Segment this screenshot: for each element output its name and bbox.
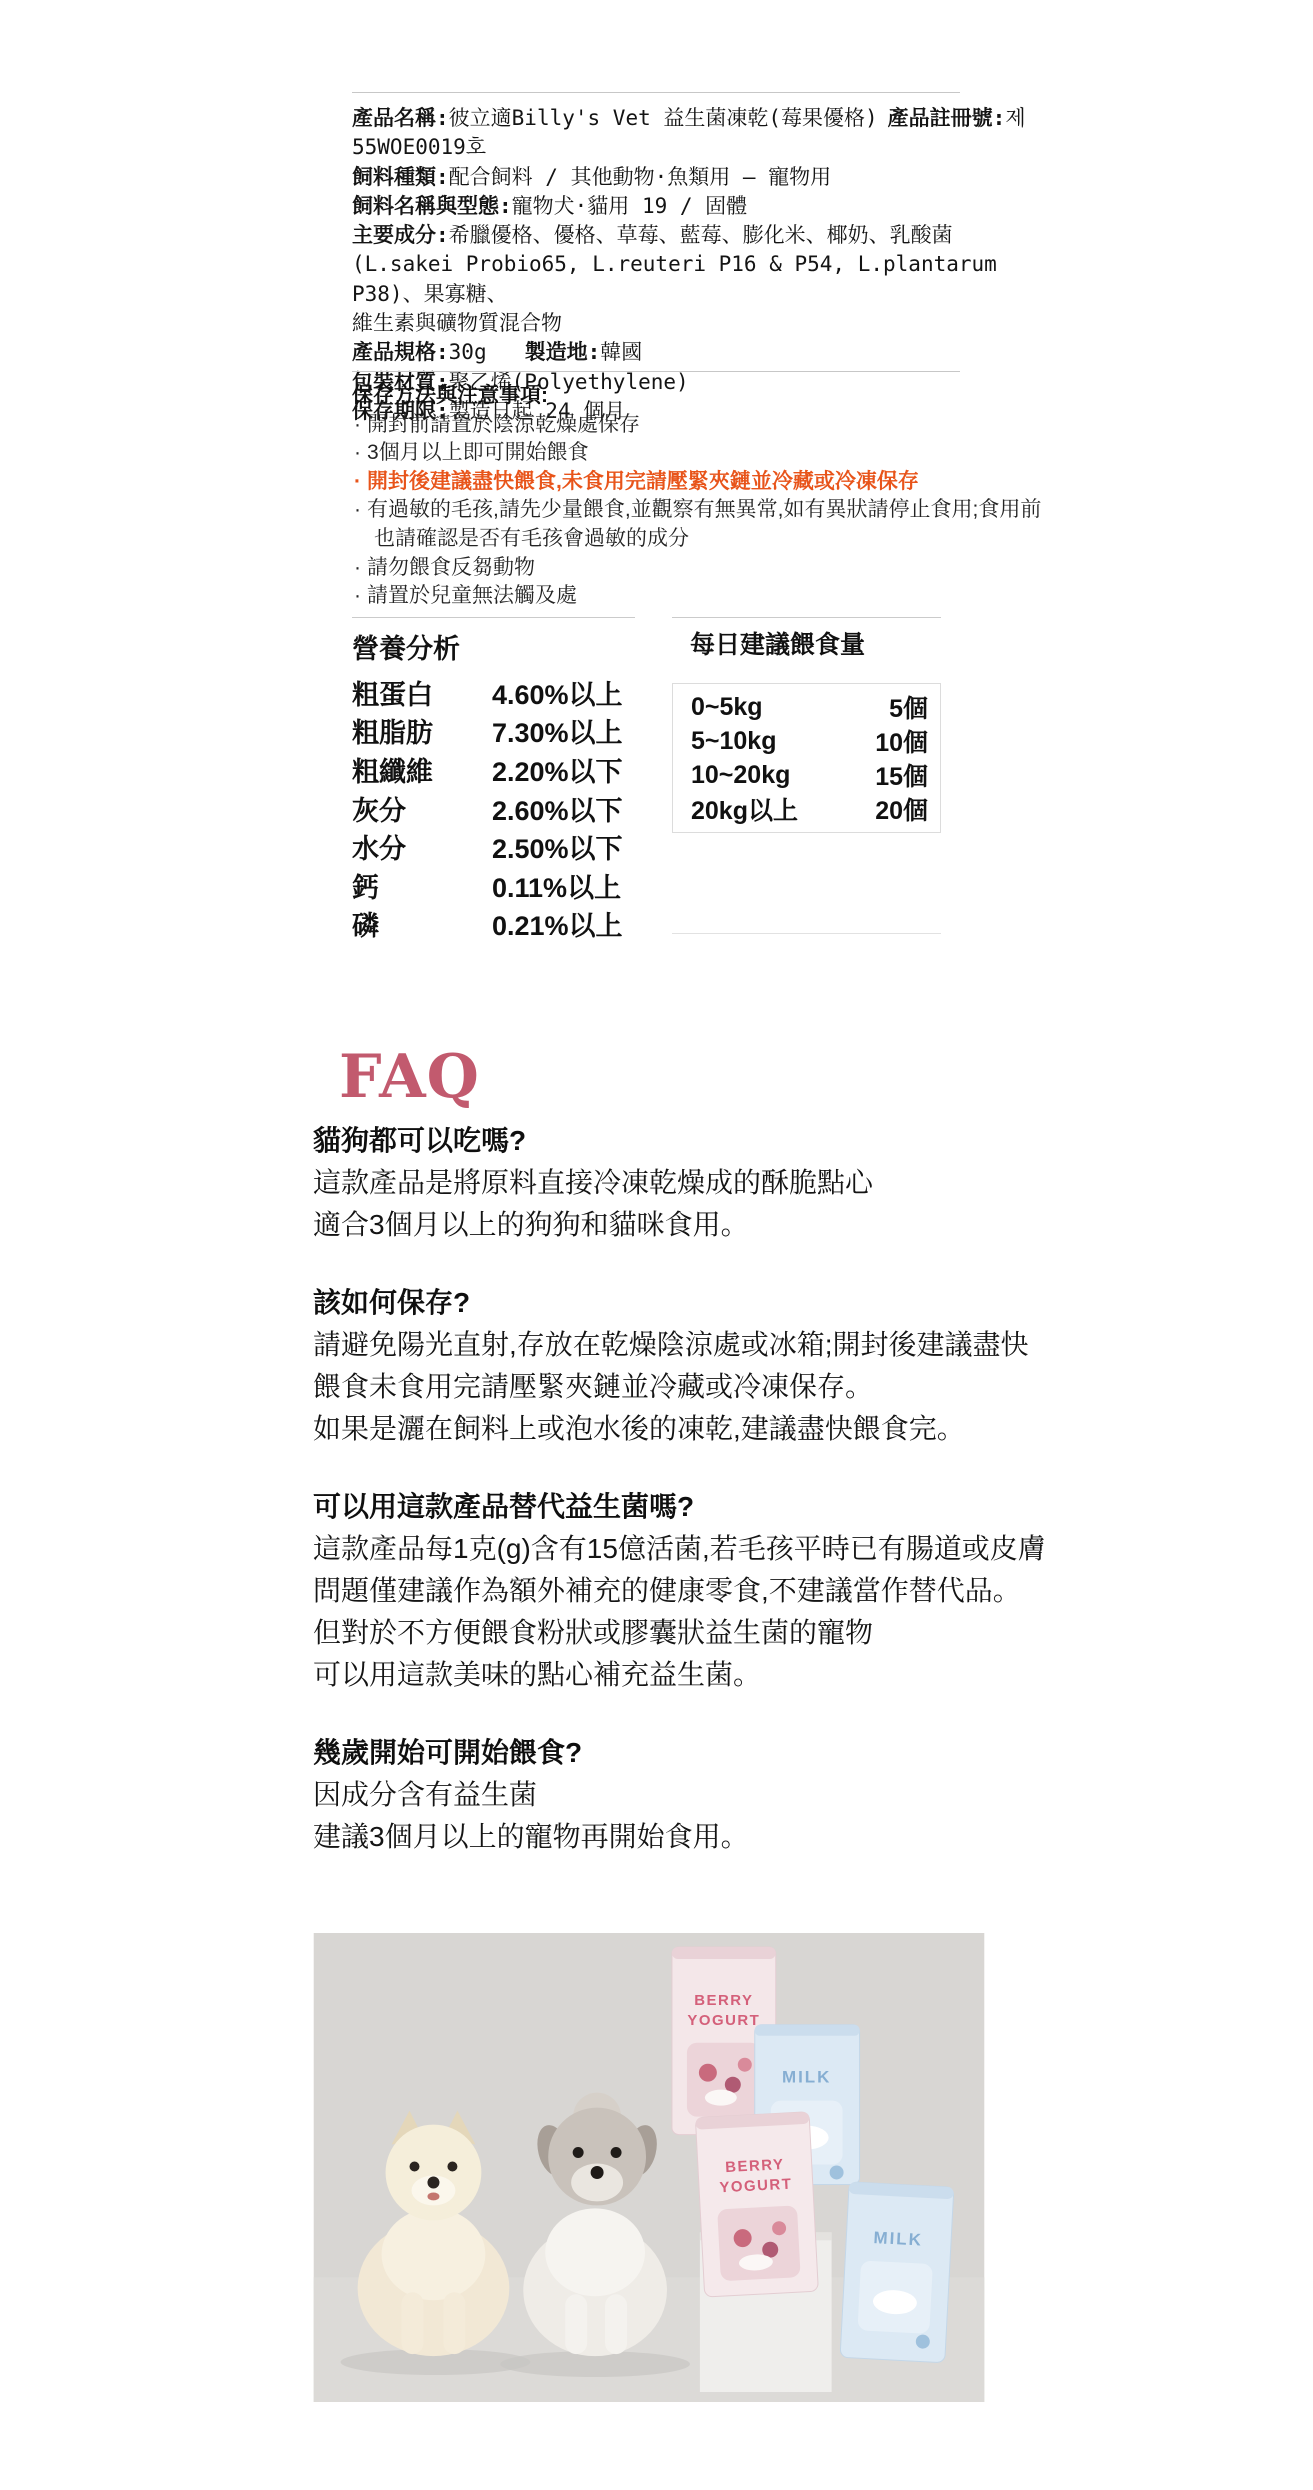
divider [352,92,960,93]
info-label: 產品名稱: [352,106,449,130]
info-row: 產品規格:30g製造地:韓國 [352,338,1042,367]
nutrition-row: 粗蛋白4.60%以上 [352,673,642,712]
nutrition-row: 磷0.21%以上 [352,905,642,944]
faq-item: 幾歲開始可開始餵食? 因成分含有益生菌 建議3個月以上的寵物再開始食用。 [313,1732,1063,1858]
info-row: 維生素與礦物質混合物 [352,309,1042,338]
storage-item: 3個月以上即可開始餵食 [352,439,1042,468]
nutrition-section: 營養分析 粗蛋白4.60%以上 粗脂肪7.30%以上 粗纖維2.20%以下 灰分… [352,627,642,943]
nutrition-row: 鈣0.11%以上 [352,866,642,905]
nutrient-value: 2.20%以下 [492,750,623,789]
feeding-row: 10~20kg15個 [691,758,928,792]
faq-answer-line: 這款產品每1克(g)含有15億活菌,若毛孩平時已有腸道或皮膚 [313,1528,1063,1570]
storage-item: 開封前請置於陰涼乾燥處保存 [352,411,1042,440]
info-value: 韓國 [600,340,642,364]
weight-range: 10~20kg [691,761,790,790]
storage-section: 保存方法與注意事項: 開封前請置於陰涼乾燥處保存 3個月以上即可開始餵食 開封後… [352,382,1042,611]
storage-item-text: 有過敏的毛孩,請先少量餵食,並觀察有無異常,如有異狀請停止食用;食用前 [367,498,1041,521]
info-label: 飼料名稱與型態: [352,194,512,218]
product-info-section: 產品名稱:彼立適Billy's Vet 益生菌凍乾(莓果優格)產品註冊號:제55… [352,104,1042,426]
divider [672,933,941,934]
storage-item-text: 請置於兒童無法觸及處 [367,584,577,607]
info-label: 飼料種類: [352,165,449,189]
nutrient-value: 2.60%以下 [492,789,623,828]
nutrition-title: 營養分析 [352,627,642,666]
nutrient-value: 0.21%以上 [492,904,623,943]
feeding-amount: 5個 [889,689,928,725]
faq-question: 貓狗都可以吃嗎? [313,1120,1063,1162]
faq-question: 該如何保存? [313,1282,1063,1324]
info-value: 維生素與礦物質混合物 [352,311,562,335]
milk-pouch-front: MILK [840,2182,954,2363]
nutrient-value: 0.11%以上 [492,866,621,905]
faq-answer-line: 但對於不方便餵食粉狀或膠囊狀益生菌的寵物 [313,1612,1063,1654]
storage-item-text: 也請確認是否有毛孩會過敏的成分 [374,527,689,550]
faq-answer-line: 建議3個月以上的寵物再開始食用。 [313,1816,1063,1858]
feeding-amount: 15個 [875,757,928,793]
feeding-amount: 10個 [875,723,928,759]
feeding-row: 0~5kg5個 [691,690,928,724]
storage-item-text: 請勿餵食反芻動物 [367,556,535,579]
storage-warning-text: 開封後建議盡快餵食,未食用完請壓緊夾鏈並冷藏或冷凍保存 [367,470,919,493]
divider [352,371,960,372]
product-detail-page: 產品名稱:彼立適Billy's Vet 益生菌凍乾(莓果優格)產品註冊號:제55… [0,0,1313,2490]
nutrition-row: 粗脂肪7.30%以上 [352,712,642,751]
pouch-label-milk: MILK [782,2068,831,2087]
nutrient-value: 4.60%以上 [492,673,623,712]
pouch-label-berry-line2: YOGURT [687,2012,760,2029]
storage-item-continuation: 也請確認是否有毛孩會過敏的成分 [352,525,1042,554]
nutrient-value: 7.30%以上 [492,711,623,750]
nutrition-row: 粗纖維2.20%以下 [352,750,642,789]
storage-item: 有過敏的毛孩,請先少量餵食,並觀察有無異常,如有異狀請停止食用;食用前 [352,496,1042,525]
faq-answer-line: 因成分含有益生菌 [313,1774,1063,1816]
pouch-label-berry-line1: BERRY [725,2156,785,2176]
faq-answer-line: 這款產品是將原料直接冷凍乾燥成的酥脆點心 [313,1162,1063,1204]
nutrition-row: 灰分2.60%以下 [352,789,642,828]
faq-answer-line: 如果是灑在飼料上或泡水後的凍乾,建議盡快餵食完。 [313,1408,1063,1450]
nutrient-name: 粗蛋白 [352,673,492,712]
info-row: 產品名稱:彼立適Billy's Vet 益生菌凍乾(莓果優格)產品註冊號:제55… [352,104,1042,163]
info-label: 產品註冊號: [888,106,1006,130]
faq-item: 貓狗都可以吃嗎? 這款產品是將原料直接冷凍乾燥成的酥脆點心 適合3個月以上的狗狗… [313,1120,1063,1246]
nutrition-row: 水分2.50%以下 [352,827,642,866]
faq-item: 該如何保存? 請避免陽光直射,存放在乾燥陰涼處或冰箱;開封後建議盡快 餵食未食用… [313,1282,1063,1450]
faq-answer-line: 餵食未食用完請壓緊夾鏈並冷藏或冷凍保存。 [313,1366,1063,1408]
berry-pouch-front: BERRY YOGURT [695,2112,818,2297]
nutrient-name: 粗脂肪 [352,711,492,750]
storage-item-text: 3個月以上即可開始餵食 [367,441,589,464]
storage-warning-item: 開封後建議盡快餵食,未食用完請壓緊夾鏈並冷藏或冷凍保存 [352,468,1042,497]
nutrient-name: 鈣 [352,866,492,905]
info-row: 飼料種類:配合飼料 / 其他動物·魚類用 – 寵物用 [352,163,1042,192]
info-value: 配合飼料 / 其他動物·魚類用 – 寵物用 [449,165,832,189]
storage-item-text: 開封前請置於陰涼乾燥處保存 [367,413,640,436]
info-row: 飼料名稱與型態:寵物犬·貓用 19 / 固體 [352,192,1042,221]
weight-range: 20kg以上 [691,791,798,827]
faq-question: 可以用這款產品替代益生菌嗎? [313,1486,1063,1528]
feeding-row: 5~10kg10個 [691,724,928,758]
nutrient-value: 2.50%以下 [492,827,623,866]
divider [352,617,635,618]
info-value: 寵物犬·貓用 19 / 固體 [512,194,748,218]
nutrient-name: 磷 [352,904,492,943]
nutrient-name: 灰分 [352,789,492,828]
faq-answer-line: 請避免陽光直射,存放在乾燥陰涼處或冰箱;開封後建議盡快 [313,1324,1063,1366]
nutrient-name: 粗纖維 [352,750,492,789]
faq-answer-line: 適合3個月以上的狗狗和貓咪食用。 [313,1204,1063,1246]
faq-item: 可以用這款產品替代益生菌嗎? 這款產品每1克(g)含有15億活菌,若毛孩平時已有… [313,1486,1063,1696]
weight-range: 0~5kg [691,693,763,722]
faq-question: 幾歲開始可開始餵食? [313,1732,1063,1774]
faq-answer-line: 問題僅建議作為額外補充的健康零食,不建議當作替代品。 [313,1570,1063,1612]
weight-range: 5~10kg [691,727,777,756]
storage-item: 請置於兒童無法觸及處 [352,582,1042,611]
divider [672,617,941,618]
pouch-label-milk: MILK [873,2228,923,2250]
info-row: 主要成分:希臘優格、優格、草莓、藍莓、膨化米、椰奶、乳酸菌 [352,221,1042,250]
feeding-title: 每日建議餵食量 [672,625,941,661]
faq-answer-line: 可以用這款美味的點心補充益生菌。 [313,1654,1063,1696]
nutrient-name: 水分 [352,827,492,866]
info-value: (L.sakei Probio65, L.reuteri P16 & P54, … [352,252,997,305]
info-label: 主要成分: [352,223,449,247]
faq-title: FAQ [339,1042,480,1112]
info-label: 製造地: [525,340,601,364]
info-value: 彼立適Billy's Vet 益生菌凍乾(莓果優格) [449,106,878,130]
feeding-row: 20kg以上20個 [691,792,928,826]
storage-title: 保存方法與注意事項: [352,382,1042,411]
info-label: 產品規格: [352,340,449,364]
product-photo: BERRY YOGURT MILK BERRY YOGURT [313,1933,985,2402]
pouch-label-berry-line1: BERRY [694,1992,753,2009]
info-value: 30g [449,340,487,364]
feeding-section: 每日建議餵食量 0~5kg5個 5~10kg10個 10~20kg15個 20k… [672,625,941,833]
info-row: (L.sakei Probio65, L.reuteri P16 & P54, … [352,250,1042,309]
info-value: 希臘優格、優格、草莓、藍莓、膨化米、椰奶、乳酸菌 [449,223,953,247]
feeding-amount: 20個 [875,791,928,827]
faq-section: 貓狗都可以吃嗎? 這款產品是將原料直接冷凍乾燥成的酥脆點心 適合3個月以上的狗狗… [313,1120,1063,1894]
feeding-table: 0~5kg5個 5~10kg10個 10~20kg15個 20kg以上20個 [672,683,941,833]
storage-item: 請勿餵食反芻動物 [352,554,1042,583]
